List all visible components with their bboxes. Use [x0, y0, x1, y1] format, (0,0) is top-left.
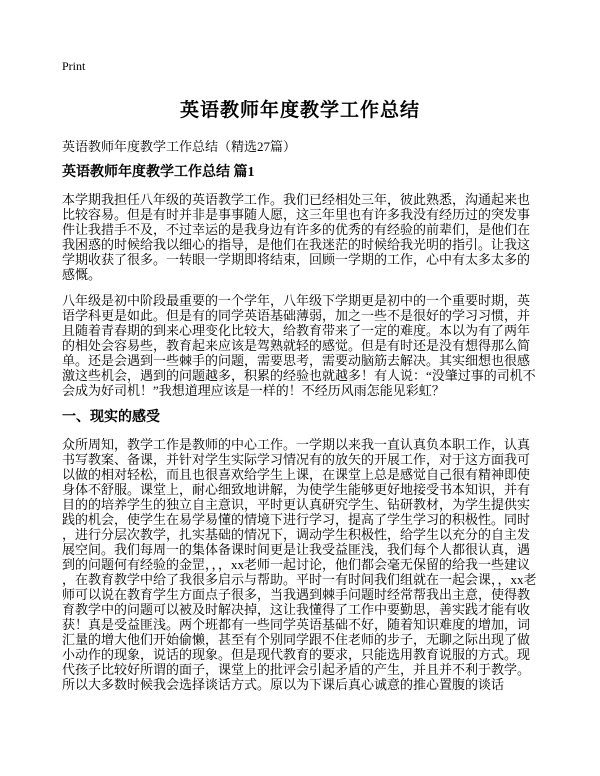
paragraph-3: 众所周知，教学工作是教师的中心工作。一学期以来我一直认真负本职工作，认真书写教案…: [62, 437, 538, 692]
section-subheading: 一、现实的感受: [62, 409, 538, 426]
document-subtitle: 英语教师年度教学工作总结（精选27篇）: [62, 139, 538, 155]
article-heading: 英语教师年度教学工作总结 篇1: [62, 164, 538, 181]
paragraph-2: 八年级是初中阶段最重要的一个学年，八年级下学期更是初中的一个重要时期，英语学科更…: [62, 293, 538, 398]
page-title: 英语教师年度教学工作总结: [62, 99, 538, 123]
print-button[interactable]: Print: [62, 59, 85, 73]
document-page: Print 英语教师年度教学工作总结 英语教师年度教学工作总结（精选27篇） 英…: [0, 0, 600, 776]
paragraph-1: 本学期我担任八年级的英语教学工作。我们已经相处三年，彼此熟悉，沟通起来也比较容易…: [62, 192, 538, 282]
